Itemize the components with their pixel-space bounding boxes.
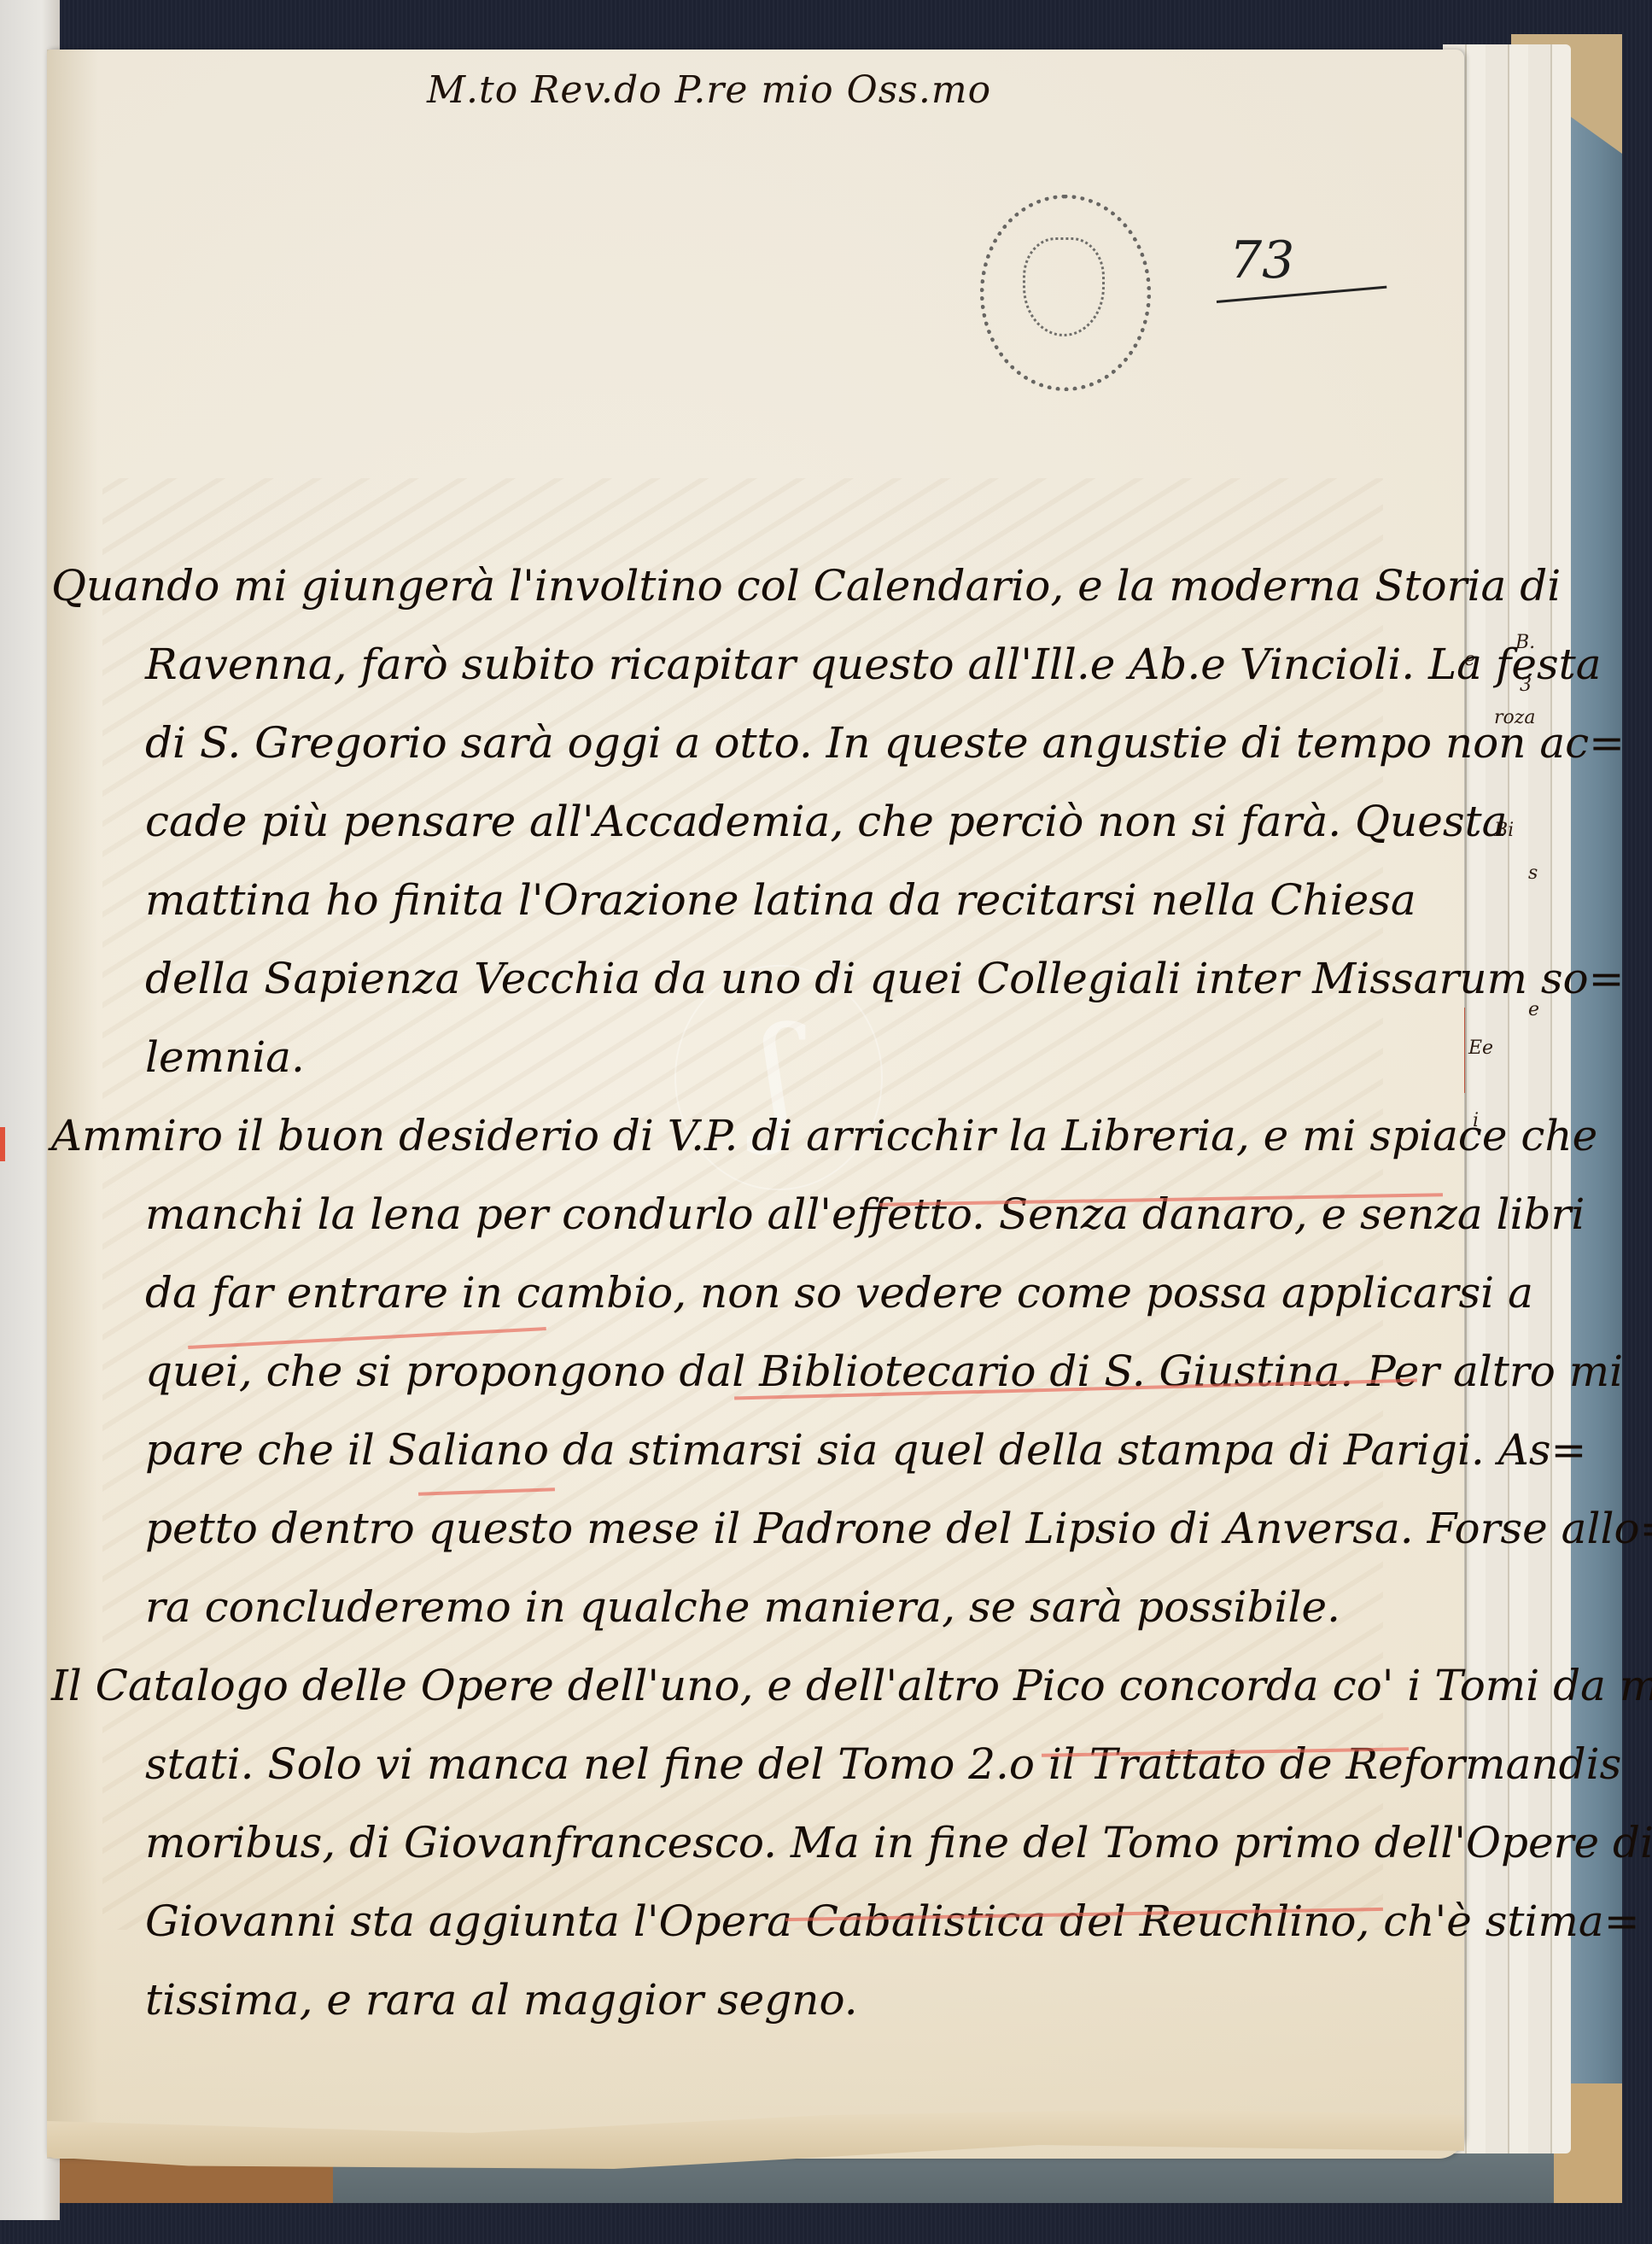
red-pencil-mark [0,1127,5,1161]
letter-line: stati. Solo vi manca nel fine del Tomo 2… [51,1725,1451,1803]
letter-line: di S. Gregorio sarà oggi a otto. In ques… [51,704,1451,782]
salutation: M.to Rev.do P.re mio Oss.mo [427,68,991,112]
letter-line: petto dentro questo mese il Padrone del … [51,1489,1451,1568]
letter-line: manchi la lena per condurlo all'effetto.… [51,1175,1451,1253]
stamp-emblem [1023,237,1105,336]
letter-line: pare che il Saliano da stimarsi sia quel… [51,1411,1451,1489]
letter-line: cade più pensare all'Accademia, che perc… [51,782,1451,861]
letter-line: ra concluderemo in qualche maniera, se s… [51,1568,1451,1646]
letter-line: mattina ho finita l'Orazione latina da r… [51,861,1451,939]
letter-line: Quando mi giungerà l'involtino col Calen… [51,546,1451,625]
letter-line: Ammiro il buon desiderio di V.P. di arri… [51,1096,1451,1175]
letter-line: della Sapienza Vecchia da uno di quei Co… [51,939,1451,1018]
margin-fragment: Ee [1468,1037,1493,1059]
letter-line: moribus, di Giovanfrancesco. Ma in fine … [51,1803,1451,1882]
folio-number: 73 [1229,231,1294,290]
letter-line: Ravenna, farò subito ricapitar questo al… [51,625,1451,704]
letter-line: da far entrare in cambio, non so vedere … [51,1253,1451,1332]
letter-line: tissima, e rara al maggior segno. [51,1961,1451,2039]
letter-line: lemnia. [51,1018,1451,1096]
library-stamp-icon [980,195,1151,391]
letter-line: Giovanni sta aggiunta l'Opera Cabalistic… [51,1882,1451,1961]
letter-line: Il Catalogo delle Opere dell'uno, e dell… [51,1646,1451,1725]
letter-body: Quando mi giungerà l'involtino col Calen… [51,546,1451,2039]
margin-fragment: s [1528,862,1538,884]
